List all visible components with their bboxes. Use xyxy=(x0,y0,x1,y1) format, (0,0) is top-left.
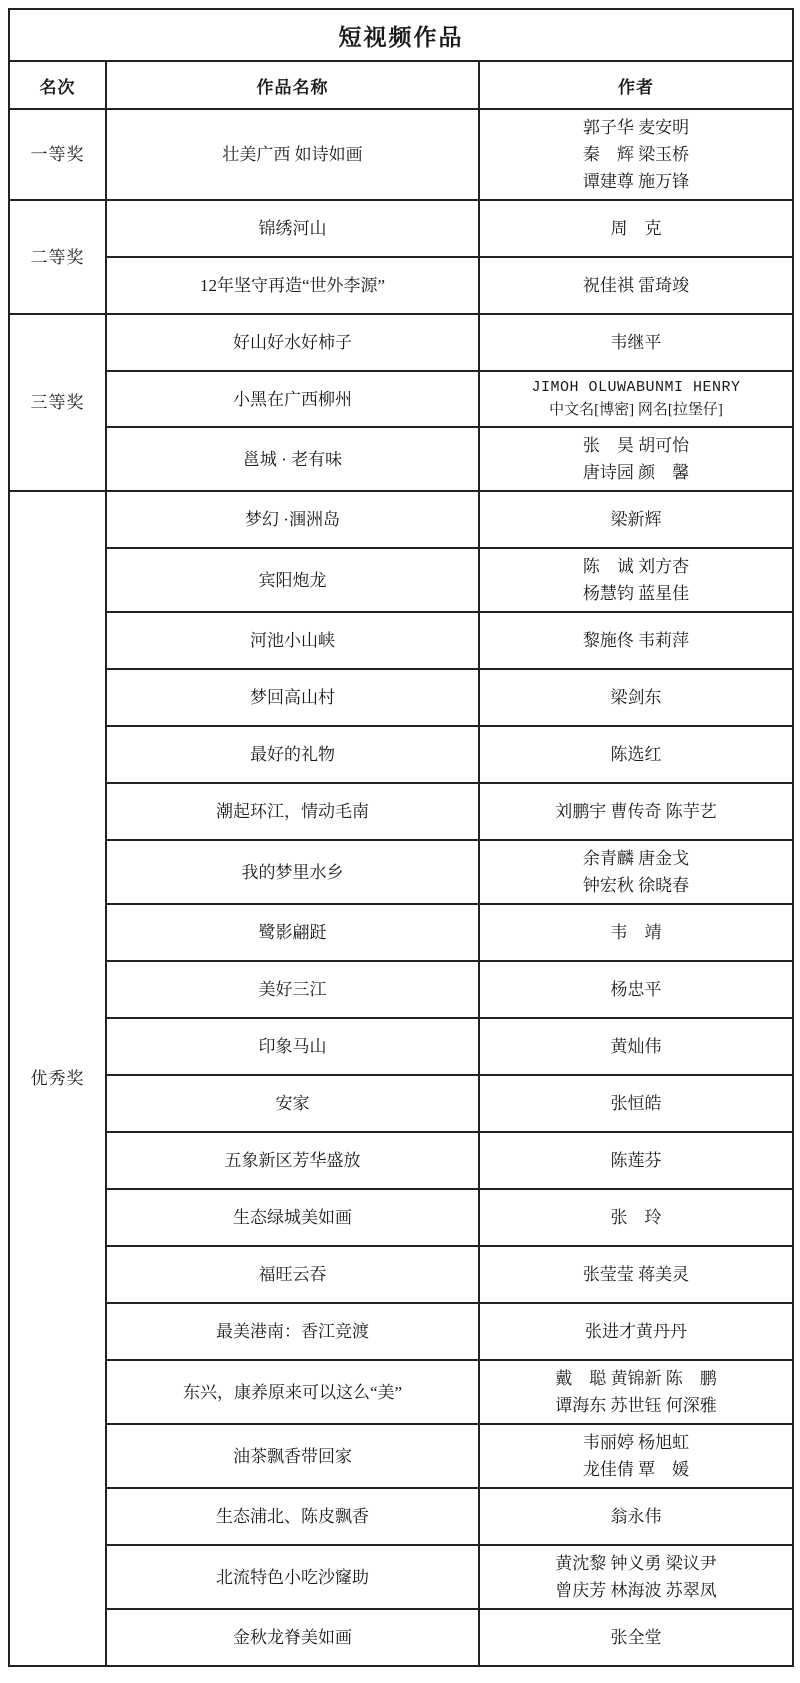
table-row: 二等奖锦绣河山周 克 xyxy=(9,200,793,257)
table-row: 最美港南：香江竞渡张进才黄丹丹 xyxy=(9,1303,793,1360)
work-title-cell: 东兴，康养原来可以这么“美” xyxy=(106,1360,479,1424)
author-line: 刘鹏宇 曹传奇 陈芋艺 xyxy=(486,798,786,825)
table-row: 宾阳炮龙陈 诚 刘方杏杨慧钧 蓝星佳 xyxy=(9,548,793,612)
author-line: 韦丽婷 杨旭虹 xyxy=(486,1429,786,1456)
table-row: 金秋龙脊美如画张全堂 xyxy=(9,1609,793,1666)
col-header-work: 作品名称 xyxy=(106,61,479,109)
authors-cell: 韦丽婷 杨旭虹龙佳倩 覃 媛 xyxy=(479,1424,793,1488)
author-line: 曾庆芳 林海波 苏翠凤 xyxy=(486,1577,786,1604)
table-row: 梦回高山村梁剑东 xyxy=(9,669,793,726)
authors-cell: 黄灿伟 xyxy=(479,1018,793,1075)
author-line: 中文名[博密] 网名[拉堡仔] xyxy=(486,399,786,422)
awards-table: 短视频作品 名次 作品名称 作者 一等奖壮美广西 如诗如画郭子华 麦安明秦 辉 … xyxy=(8,8,794,1667)
table-row: 最好的礼物陈选红 xyxy=(9,726,793,783)
authors-cell: 张 玲 xyxy=(479,1189,793,1246)
work-title-cell: 金秋龙脊美如画 xyxy=(106,1609,479,1666)
author-line: 祝佳祺 雷琦竣 xyxy=(486,272,786,299)
author-line: 谭建尊 施万锋 xyxy=(486,168,786,195)
table-row: 河池小山峡黎施佟 韦莉萍 xyxy=(9,612,793,669)
work-title-cell: 美好三江 xyxy=(106,961,479,1018)
table-row: 福旺云吞张莹莹 蒋美灵 xyxy=(9,1246,793,1303)
work-title-cell: 生态绿城美如画 xyxy=(106,1189,479,1246)
authors-cell: 余青麟 唐金戈钟宏秋 徐晓春 xyxy=(479,840,793,904)
column-header-row: 名次 作品名称 作者 xyxy=(9,61,793,109)
col-header-rank: 名次 xyxy=(9,61,106,109)
document-page: 短视频作品 名次 作品名称 作者 一等奖壮美广西 如诗如画郭子华 麦安明秦 辉 … xyxy=(0,0,800,1683)
rank-cell: 二等奖 xyxy=(9,200,106,314)
rank-cell: 三等奖 xyxy=(9,314,106,491)
table-row: 印象马山黄灿伟 xyxy=(9,1018,793,1075)
author-line: JIMOH OLUWABUNMI HENRY xyxy=(486,376,786,399)
work-title-cell: 鹭影翩跹 xyxy=(106,904,479,961)
work-title-cell: 锦绣河山 xyxy=(106,200,479,257)
work-title-cell: 五象新区芳华盛放 xyxy=(106,1132,479,1189)
author-line: 张进才黄丹丹 xyxy=(486,1318,786,1345)
author-line: 黄灿伟 xyxy=(486,1033,786,1060)
author-line: 谭海东 苏世钰 何深雅 xyxy=(486,1392,786,1419)
authors-cell: 黎施佟 韦莉萍 xyxy=(479,612,793,669)
table-row: 五象新区芳华盛放陈莲芬 xyxy=(9,1132,793,1189)
rank-cell: 优秀奖 xyxy=(9,491,106,1666)
table-row: 邕城 · 老有味张 昊 胡可怡唐诗园 颜 馨 xyxy=(9,427,793,491)
authors-cell: 陈莲芬 xyxy=(479,1132,793,1189)
table-row: 油茶飘香带回家韦丽婷 杨旭虹龙佳倩 覃 媛 xyxy=(9,1424,793,1488)
work-title-cell: 最美港南：香江竞渡 xyxy=(106,1303,479,1360)
work-title-cell: 壮美广西 如诗如画 xyxy=(106,109,479,200)
work-title-cell: 印象马山 xyxy=(106,1018,479,1075)
author-line: 杨慧钧 蓝星佳 xyxy=(486,580,786,607)
authors-cell: 翁永伟 xyxy=(479,1488,793,1545)
work-title-cell: 梦幻 ·涠洲岛 xyxy=(106,491,479,548)
author-line: 周 克 xyxy=(486,215,786,242)
table-row: 安家张恒皓 xyxy=(9,1075,793,1132)
table-row: 一等奖壮美广西 如诗如画郭子华 麦安明秦 辉 梁玉桥谭建尊 施万锋 xyxy=(9,109,793,200)
author-line: 唐诗园 颜 馨 xyxy=(486,459,786,486)
authors-cell: 张进才黄丹丹 xyxy=(479,1303,793,1360)
table-title: 短视频作品 xyxy=(9,9,793,61)
authors-cell: 梁新辉 xyxy=(479,491,793,548)
table-body: 一等奖壮美广西 如诗如画郭子华 麦安明秦 辉 梁玉桥谭建尊 施万锋二等奖锦绣河山… xyxy=(9,109,793,1666)
authors-cell: 戴 聪 黄锦新 陈 鹏谭海东 苏世钰 何深雅 xyxy=(479,1360,793,1424)
work-title-cell: 好山好水好柿子 xyxy=(106,314,479,371)
author-line: 黎施佟 韦莉萍 xyxy=(486,627,786,654)
author-line: 张全堂 xyxy=(486,1624,786,1651)
author-line: 秦 辉 梁玉桥 xyxy=(486,141,786,168)
table-row: 鹭影翩跹韦 靖 xyxy=(9,904,793,961)
authors-cell: 张恒皓 xyxy=(479,1075,793,1132)
author-line: 郭子华 麦安明 xyxy=(486,114,786,141)
authors-cell: 杨忠平 xyxy=(479,961,793,1018)
work-title-cell: 油茶飘香带回家 xyxy=(106,1424,479,1488)
author-line: 钟宏秋 徐晓春 xyxy=(486,872,786,899)
work-title-cell: 小黑在广西柳州 xyxy=(106,371,479,427)
work-title-cell: 北流特色小吃沙窿助 xyxy=(106,1545,479,1609)
authors-cell: 祝佳祺 雷琦竣 xyxy=(479,257,793,314)
author-line: 张恒皓 xyxy=(486,1090,786,1117)
work-title-cell: 安家 xyxy=(106,1075,479,1132)
authors-cell: 张全堂 xyxy=(479,1609,793,1666)
work-title-cell: 邕城 · 老有味 xyxy=(106,427,479,491)
author-line: 张 昊 胡可怡 xyxy=(486,432,786,459)
authors-cell: 郭子华 麦安明秦 辉 梁玉桥谭建尊 施万锋 xyxy=(479,109,793,200)
authors-cell: 陈选红 xyxy=(479,726,793,783)
author-line: 陈选红 xyxy=(486,741,786,768)
work-title-cell: 宾阳炮龙 xyxy=(106,548,479,612)
author-line: 陈莲芬 xyxy=(486,1147,786,1174)
table-row: 潮起环江，情动毛南刘鹏宇 曹传奇 陈芋艺 xyxy=(9,783,793,840)
work-title-cell: 生态浦北、陈皮飘香 xyxy=(106,1488,479,1545)
authors-cell: 黄沈黎 钟义勇 梁议尹曾庆芳 林海波 苏翠凤 xyxy=(479,1545,793,1609)
authors-cell: 周 克 xyxy=(479,200,793,257)
author-line: 韦 靖 xyxy=(486,919,786,946)
table-row: 小黑在广西柳州JIMOH OLUWABUNMI HENRY中文名[博密] 网名[… xyxy=(9,371,793,427)
authors-cell: 刘鹏宇 曹传奇 陈芋艺 xyxy=(479,783,793,840)
col-header-author: 作者 xyxy=(479,61,793,109)
author-line: 龙佳倩 覃 媛 xyxy=(486,1456,786,1483)
authors-cell: 张莹莹 蒋美灵 xyxy=(479,1246,793,1303)
work-title-cell: 我的梦里水乡 xyxy=(106,840,479,904)
table-row: 美好三江杨忠平 xyxy=(9,961,793,1018)
work-title-cell: 最好的礼物 xyxy=(106,726,479,783)
rank-cell: 一等奖 xyxy=(9,109,106,200)
title-row: 短视频作品 xyxy=(9,9,793,61)
author-line: 杨忠平 xyxy=(486,976,786,1003)
table-row: 优秀奖梦幻 ·涠洲岛梁新辉 xyxy=(9,491,793,548)
table-row: 生态绿城美如画张 玲 xyxy=(9,1189,793,1246)
table-row: 12年坚守再造“世外李源”祝佳祺 雷琦竣 xyxy=(9,257,793,314)
author-line: 翁永伟 xyxy=(486,1503,786,1530)
work-title-cell: 潮起环江，情动毛南 xyxy=(106,783,479,840)
author-line: 梁剑东 xyxy=(486,684,786,711)
authors-cell: 陈 诚 刘方杏杨慧钧 蓝星佳 xyxy=(479,548,793,612)
author-line: 余青麟 唐金戈 xyxy=(486,845,786,872)
author-line: 戴 聪 黄锦新 陈 鹏 xyxy=(486,1365,786,1392)
authors-cell: 韦继平 xyxy=(479,314,793,371)
author-line: 梁新辉 xyxy=(486,506,786,533)
table-row: 北流特色小吃沙窿助黄沈黎 钟义勇 梁议尹曾庆芳 林海波 苏翠凤 xyxy=(9,1545,793,1609)
work-title-cell: 福旺云吞 xyxy=(106,1246,479,1303)
authors-cell: 韦 靖 xyxy=(479,904,793,961)
table-row: 东兴，康养原来可以这么“美”戴 聪 黄锦新 陈 鹏谭海东 苏世钰 何深雅 xyxy=(9,1360,793,1424)
author-line: 韦继平 xyxy=(486,329,786,356)
authors-cell: 梁剑东 xyxy=(479,669,793,726)
author-line: 黄沈黎 钟义勇 梁议尹 xyxy=(486,1550,786,1577)
author-line: 张 玲 xyxy=(486,1204,786,1231)
author-line: 张莹莹 蒋美灵 xyxy=(486,1261,786,1288)
work-title-cell: 梦回高山村 xyxy=(106,669,479,726)
authors-cell: JIMOH OLUWABUNMI HENRY中文名[博密] 网名[拉堡仔] xyxy=(479,371,793,427)
work-title-cell: 河池小山峡 xyxy=(106,612,479,669)
table-row: 生态浦北、陈皮飘香翁永伟 xyxy=(9,1488,793,1545)
table-row: 三等奖好山好水好柿子韦继平 xyxy=(9,314,793,371)
authors-cell: 张 昊 胡可怡唐诗园 颜 馨 xyxy=(479,427,793,491)
author-line: 陈 诚 刘方杏 xyxy=(486,553,786,580)
work-title-cell: 12年坚守再造“世外李源” xyxy=(106,257,479,314)
table-row: 我的梦里水乡余青麟 唐金戈钟宏秋 徐晓春 xyxy=(9,840,793,904)
